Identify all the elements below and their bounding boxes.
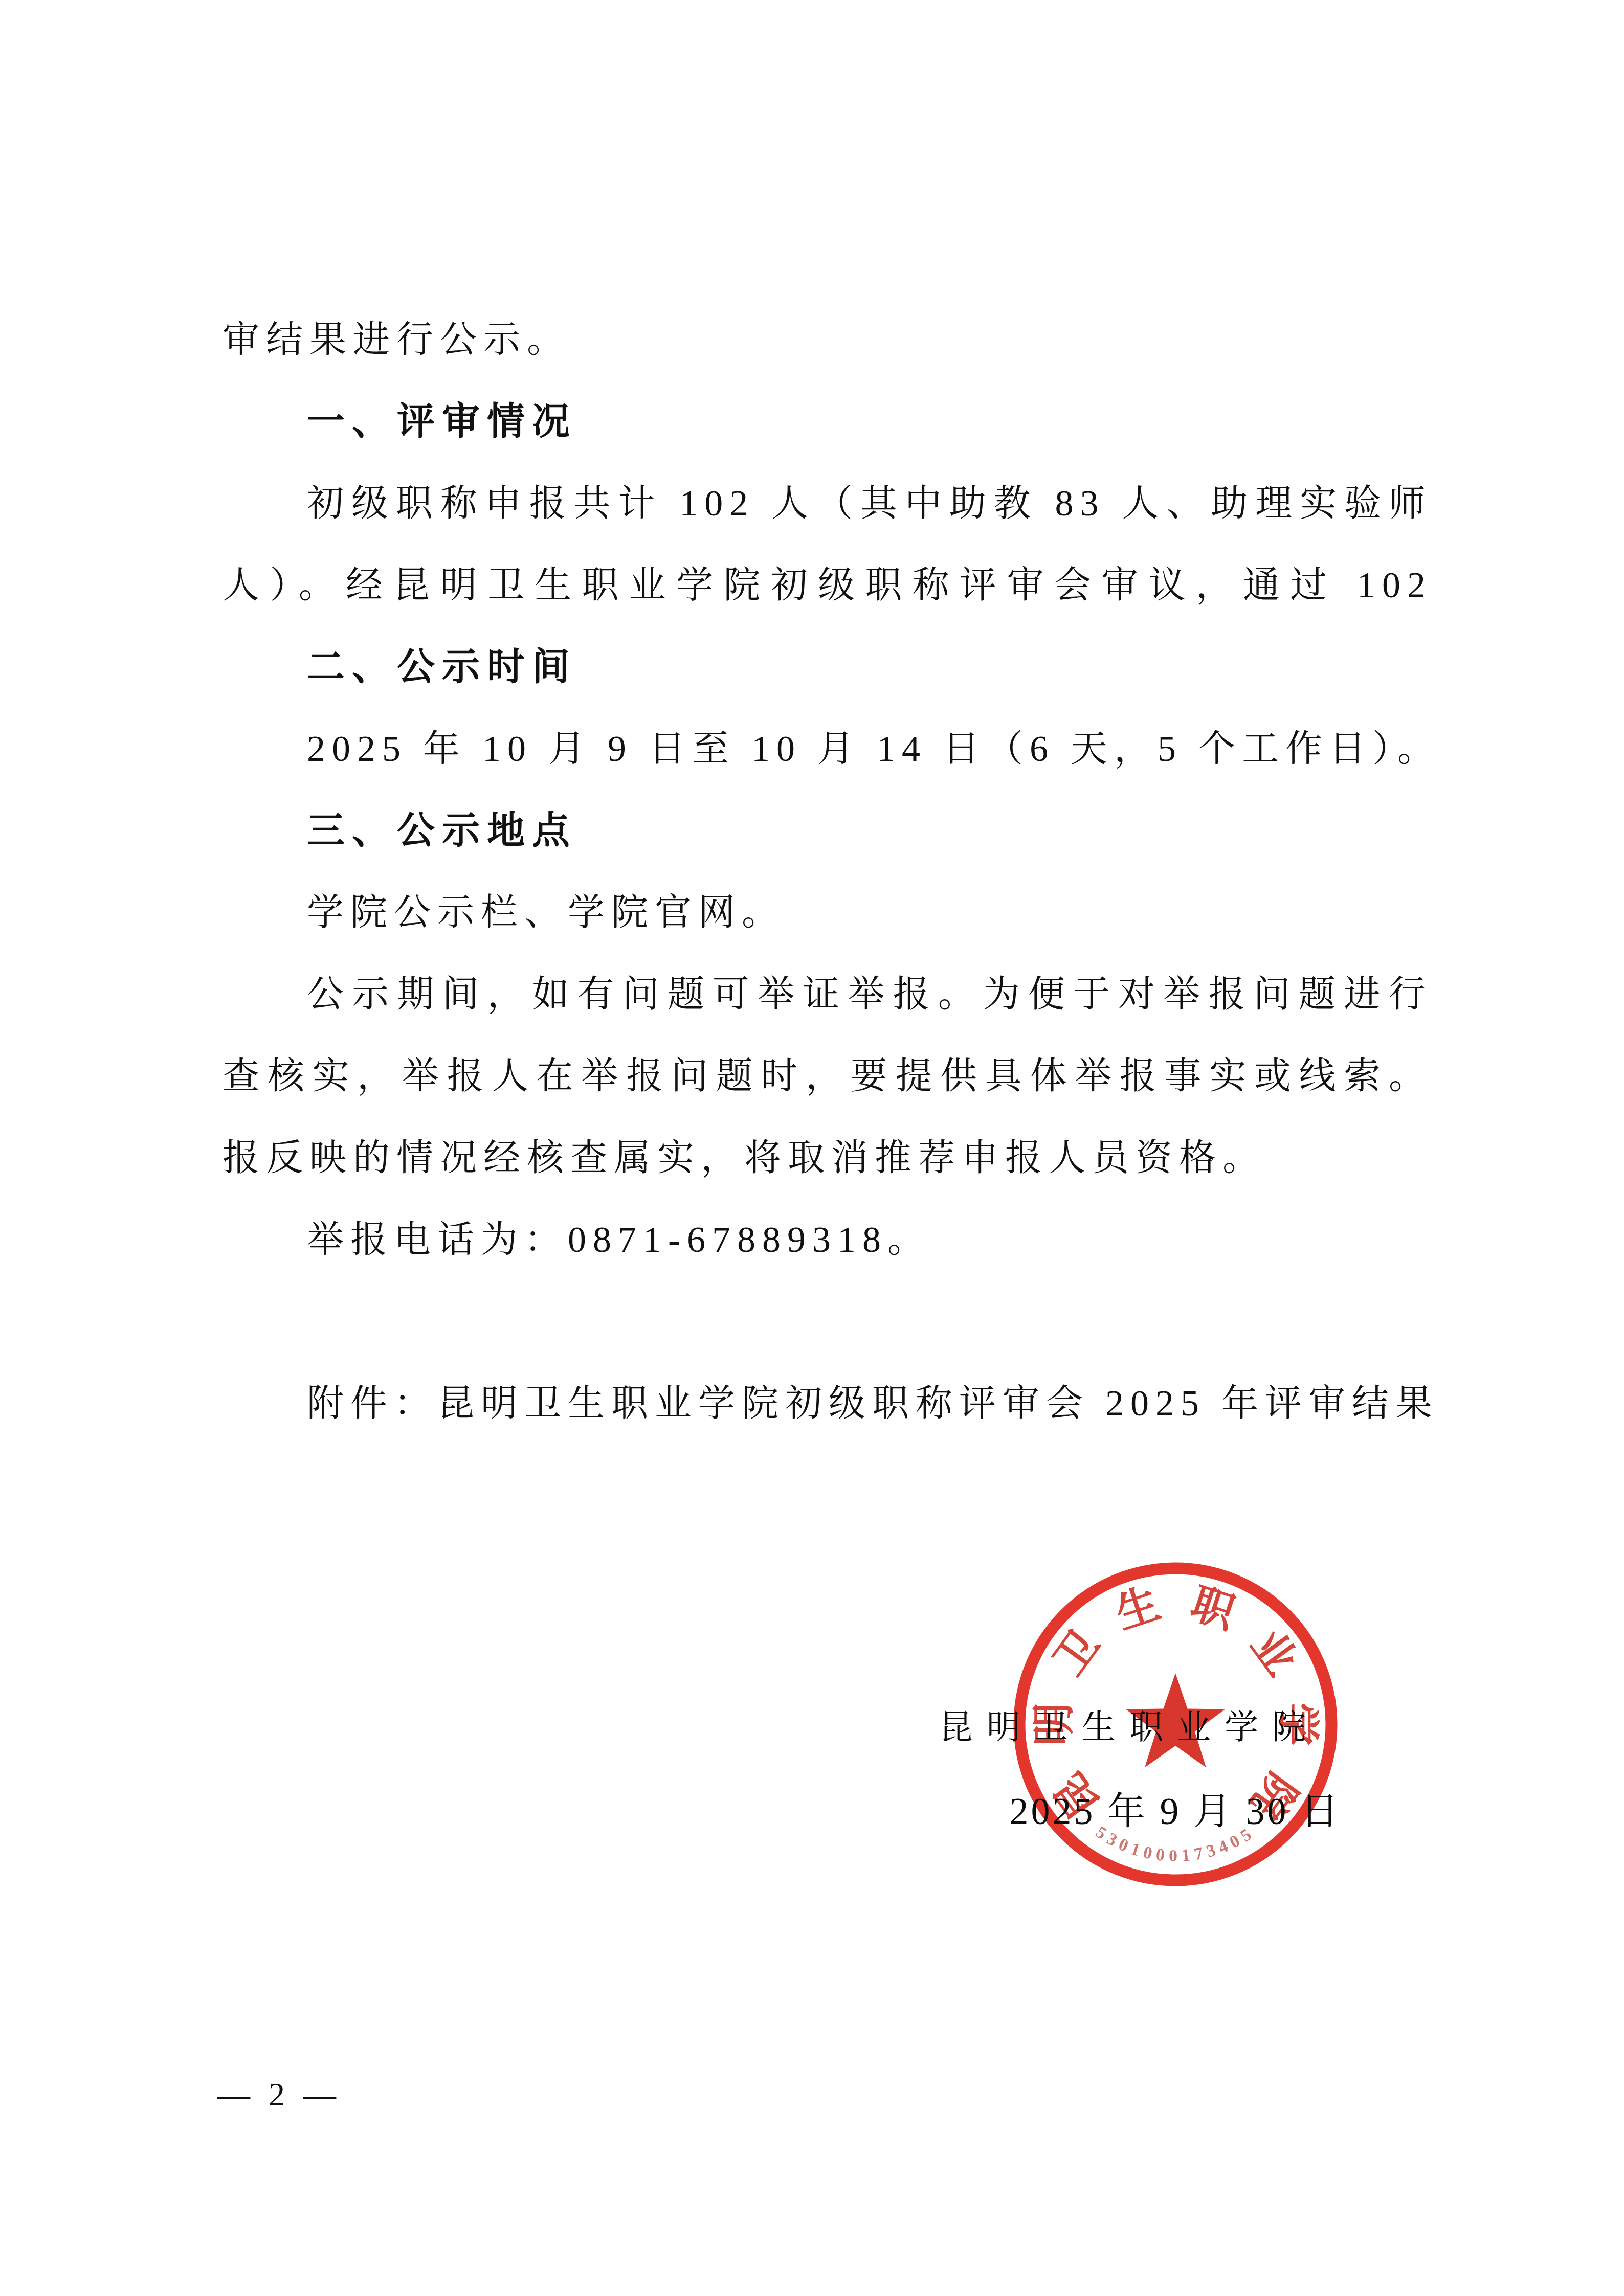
document-line: 2025 年 10 月 9 日至 10 月 14 日（6 天，5 个工作日）。 <box>223 708 1432 790</box>
section-heading-2: 二、公示时间 <box>223 626 1432 708</box>
signature-organization: 昆明卫生职业学院 <box>939 1711 1320 1745</box>
document-body: 审结果进行公示。 一、评审情况 初级职称申报共计 102 人（其中助教 83 人… <box>223 299 1432 1444</box>
document-line: 查核实，举报人在举报问题时，要提供具体举报事实或线索。举 <box>223 1035 1432 1117</box>
section-heading-1: 一、评审情况 <box>223 380 1432 462</box>
attachment-line: 附件：昆明卫生职业学院初级职称评审会 2025 年评审结果 <box>223 1362 1432 1444</box>
seal-arc-char: 生 <box>1110 1580 1166 1638</box>
document-line: 人）。经昆明卫生职业学院初级职称评审会审议，通过 102 人。 <box>223 544 1432 626</box>
page-number: — 2 — <box>217 2070 341 2119</box>
document-line: 公示期间，如有问题可举证举报。为便于对举报问题进行调 <box>223 953 1432 1035</box>
document-line: 学院公示栏、学院官网。 <box>223 871 1432 953</box>
document-line: 审结果进行公示。 <box>223 299 1432 380</box>
report-phone-line: 举报电话为：0871-67889318。 <box>223 1199 1432 1280</box>
signature-date: 2025 年 9 月 30 日 <box>1010 1793 1342 1831</box>
document-line: 初级职称申报共计 102 人（其中助教 83 人、助理实验师 19 <box>223 462 1432 544</box>
seal-arc-char: 职 <box>1185 1580 1242 1638</box>
document-line: 报反映的情况经核查属实，将取消推荐申报人员资格。 <box>223 1117 1432 1199</box>
document-page: 审结果进行公示。 一、评审情况 初级职称申报共计 102 人（其中助教 83 人… <box>0 0 1624 2296</box>
section-heading-3: 三、公示地点 <box>223 790 1432 871</box>
